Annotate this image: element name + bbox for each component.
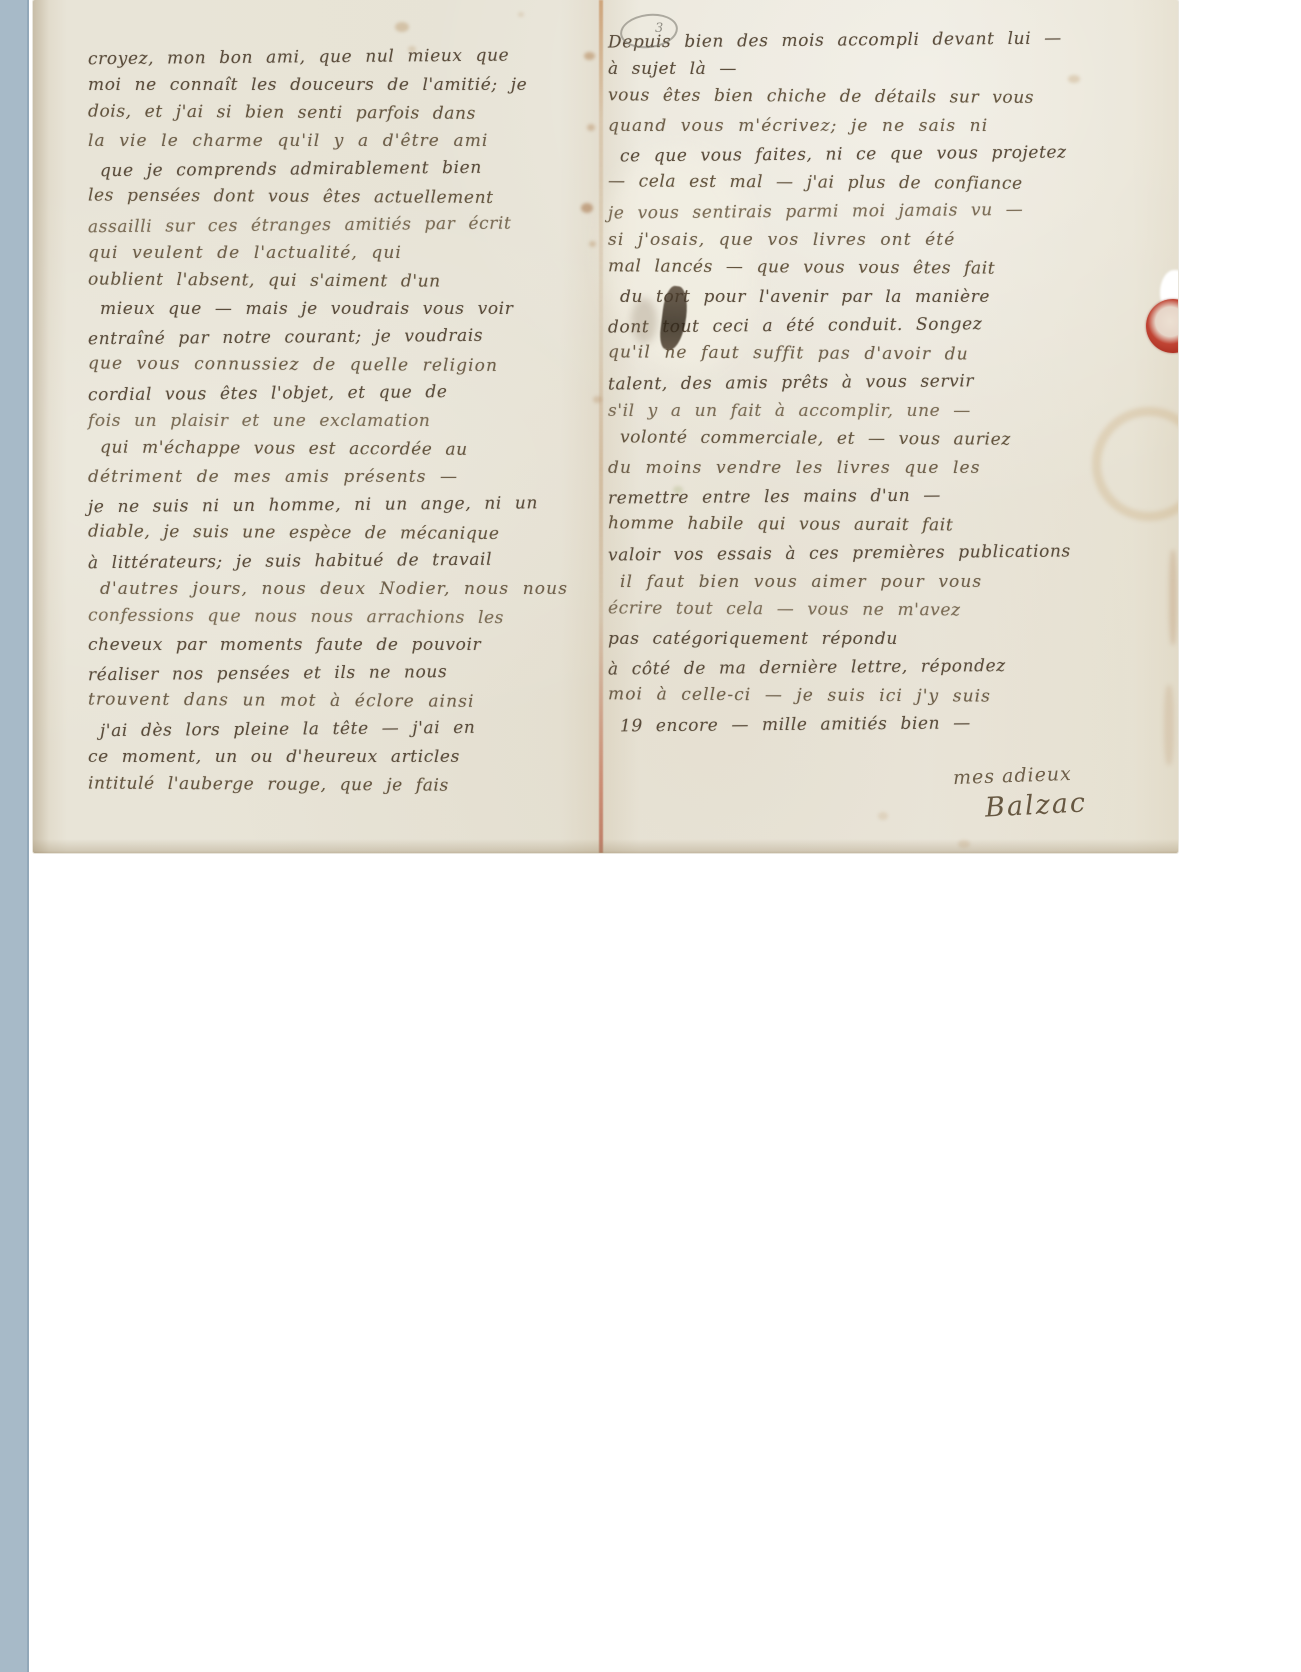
edge-stain — [1164, 685, 1174, 765]
handwriting-line: — cela est mal — j'ai plus de confiance — [608, 167, 1178, 199]
handwriting-line: je vous sentirais parmi moi jamais vu — — [608, 195, 1178, 228]
handwriting-line: je ne suis ni un homme, ni un ange, ni u… — [88, 489, 593, 521]
foxing-spot — [593, 396, 602, 403]
handwriting-line: j'ai dès lors pleine la tête — j'ai en — [88, 713, 593, 745]
handwriting-line: s'il y a un fait à accomplir, une — — [608, 397, 1178, 426]
handwriting-line: il faut bien vous aimer pour vous — [608, 568, 1178, 597]
pencil-page-number: 3 — [655, 21, 663, 36]
foxing-spot — [518, 12, 524, 17]
ink-smudge — [631, 298, 657, 344]
handwriting-line: détriment de mes amis présents — — [88, 463, 593, 491]
foxing-spot — [395, 22, 409, 32]
handwriting-line: qui veulent de l'actualité, qui — [88, 239, 593, 267]
handwriting-line: mal lancés — que vous vous êtes fait — [608, 252, 1178, 284]
handwriting-line: croyez, mon bon ami, que nul mieux que — [88, 41, 593, 73]
handwriting-line: à côté de ma dernière lettre, répondez — [608, 651, 1178, 684]
handwriting-line: si j'osais, que vos livres ont été — [608, 226, 1178, 255]
handwriting-line: dont tout ceci a été conduit. Songez — [608, 309, 1178, 342]
foxing-spot — [584, 52, 595, 60]
handwriting-line: ce moment, un ou d'heureux articles — [88, 743, 593, 771]
closing-line: mes adieux — [953, 763, 1073, 789]
handwriting-line: quand vous m'écrivez; je ne sais ni — [608, 112, 1178, 141]
handwriting-line: que vous connussiez de quelle religion — [88, 349, 593, 380]
handwriting-line: réaliser nos pensées et ils ne nous — [88, 657, 593, 689]
foxing-spot — [878, 812, 888, 820]
foxing-spot — [673, 486, 683, 494]
handwriting-line: moi ne connaît les douceurs de l'amitié;… — [88, 71, 593, 99]
foxing-spot — [587, 124, 595, 131]
handwriting-line: entraîné par notre courant; je voudrais — [88, 321, 593, 353]
handwriting-line: diable, je suis une espèce de mécanique — [88, 517, 593, 548]
edge-stain — [1169, 550, 1177, 645]
page-edge-shadow — [33, 0, 49, 853]
foxing-spot — [1068, 75, 1080, 83]
handwriting-line: cordial vous êtes l'objet, et que de — [88, 377, 593, 409]
letter-right-page: Depuis bien des mois accompli devant lui… — [608, 26, 1178, 739]
handwriting-line: remettre entre les mains d'un — — [608, 480, 1178, 513]
handwriting-line: à sujet là — — [608, 55, 1178, 84]
foxing-spot — [408, 46, 416, 52]
handwriting-line: qu'il ne faut suffit pas d'avoir du — [608, 338, 1178, 370]
handwriting-line: valoir vos essais à ces premières public… — [608, 537, 1178, 570]
handwriting-line: intitulé l'auberge rouge, que je fais — [88, 769, 593, 800]
handwriting-line: ce que vous faites, ni ce que vous proje… — [608, 138, 1178, 171]
handwriting-line: fois un plaisir et une exclamation — [88, 407, 593, 435]
handwriting-line: les pensées dont vous êtes actuellement — [88, 181, 593, 212]
paper-bottom-edge — [33, 839, 1178, 853]
handwriting-line: qui m'échappe vous est accordée au — [88, 433, 593, 464]
left-margin-strip — [0, 0, 29, 1672]
handwriting-line: talent, des amis prêts à vous servir — [608, 366, 1178, 399]
handwriting-line: dois, et j'ai si bien senti parfois dans — [88, 97, 593, 128]
handwriting-line: assailli sur ces étranges amitiés par éc… — [88, 209, 593, 241]
center-fold-crease — [599, 0, 603, 853]
handwriting-line: à littérateurs; je suis habitué de trava… — [88, 545, 593, 577]
handwriting-line: écrire tout cela — vous ne m'avez — [608, 594, 1178, 626]
signature: Balzac — [984, 787, 1088, 823]
manuscript-scan: croyez, mon bon ami, que nul mieux quemo… — [33, 0, 1178, 853]
handwriting-line: confessions que nous nous arrachions les — [88, 601, 593, 632]
handwriting-line: la vie le charme qu'il y a d'être ami — [88, 127, 593, 155]
foxing-spot — [589, 241, 596, 247]
handwriting-line: que je comprends admirablement bien — [88, 153, 593, 185]
handwriting-line: homme habile qui vous aurait fait — [608, 509, 1178, 541]
handwriting-line: pas catégoriquement répondu — [608, 625, 1178, 654]
handwriting-line: du tort pour l'avenir par la manière — [608, 283, 1178, 312]
handwriting-line: cheveux par moments faute de pouvoir — [88, 631, 593, 659]
handwriting-line: vous êtes bien chiche de détails sur vou… — [608, 81, 1178, 113]
foxing-spot — [581, 203, 593, 213]
handwriting-line: oublient l'absent, qui s'aiment d'un — [88, 265, 593, 296]
handwriting-line: mieux que — mais je voudrais vous voir — [88, 295, 593, 323]
handwriting-line: Depuis bien des mois accompli devant lui… — [608, 24, 1178, 57]
letter-left-page: croyez, mon bon ami, que nul mieux quemo… — [88, 43, 593, 799]
handwriting-line: trouvent dans un mot à éclore ainsi — [88, 685, 593, 716]
handwriting-line: moi à celle-ci — je suis ici j'y suis — [608, 680, 1178, 712]
handwriting-line: d'autres jours, nous deux Nodier, nous n… — [88, 575, 593, 603]
handwriting-line: 19 encore — mille amitiés bien — — [608, 708, 1178, 741]
